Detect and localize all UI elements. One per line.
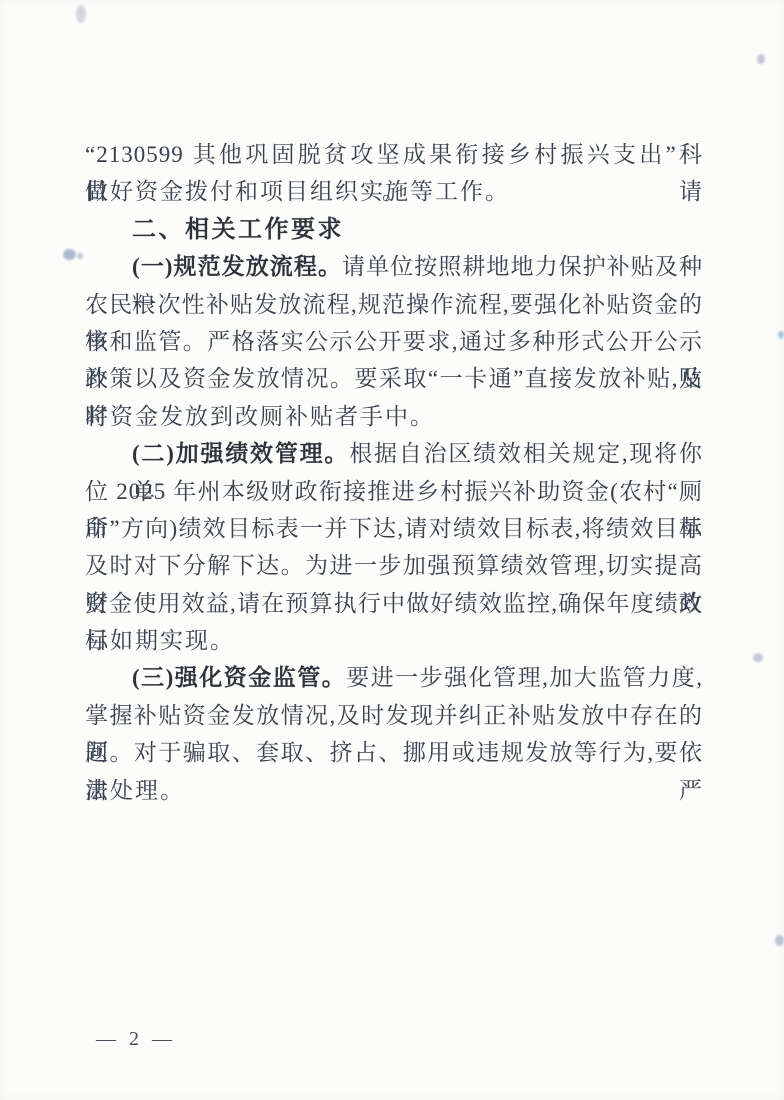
paragraph-lead: 二、相关工作要求 (132, 216, 344, 243)
paragraph-lead: (三)强化资金监管。 (132, 665, 346, 690)
text-line: 资金使用效益,请在预算执行中做好绩效监控,确保年度绩效目 (85, 585, 703, 622)
text-line: 农民一次性补贴发放流程,规范操作流程,要强化补贴资金的审 (85, 286, 703, 323)
text-line: 掌握补贴资金发放情况,及时发现并纠正补贴发放中存在的问 (85, 697, 703, 734)
document-page: “2130599 其他巩固脱贫攻坚成果衔接乡村振兴支出”科目。请做好资金拨付和项… (0, 0, 784, 1100)
text-segment: 将资金发放到改厕补贴者手中。 (85, 404, 435, 429)
text-line: 位 2025 年州本级财政衔接推进乡村振兴补助资金(农村“厕所革 (85, 473, 703, 510)
text-line: (三)强化资金监管。要进一步强化管理,加大监管力度, (85, 659, 703, 696)
text-line: “2130599 其他巩固脱贫攻坚成果衔接乡村振兴支出”科目。请 (85, 136, 703, 173)
paragraph-lead: (二)加强绩效管理。 (132, 441, 349, 466)
text-segment: 标如期实现。 (85, 628, 235, 653)
scan-artifact (753, 653, 763, 662)
text-line: (二)加强绩效管理。根据自治区绩效相关规定,现将你单 (85, 435, 703, 472)
text-line: 政策以及资金发放情况。要采取“一卡通”直接发放补贴,及时 (85, 360, 703, 397)
text-line: 及时对下分解下达。为进一步加强预算绩效管理,切实提高财政 (85, 547, 703, 584)
scan-artifact (778, 331, 784, 339)
scan-artifact (775, 935, 784, 946)
scan-artifact (76, 5, 86, 23)
page-number: — 2 — (96, 1028, 176, 1051)
paragraph-lead: (一)规范发放流程。 (132, 254, 342, 279)
text-line: 将资金发放到改厕补贴者手中。 (85, 398, 703, 435)
section-heading: 二、相关工作要求 (85, 211, 703, 248)
text-segment: 肃处理。 (85, 778, 185, 803)
text-line: 命”方向)绩效目标表一并下达,请对绩效目标表,将绩效目标 (85, 510, 703, 547)
text-line: 题。对于骗取、套取、挤占、挪用或违规发放等行为,要依法严 (85, 734, 703, 771)
text-segment: 要进一步强化管理,加大监管力度, (346, 665, 703, 690)
scan-artifact (77, 253, 83, 259)
scan-artifact (63, 249, 76, 260)
text-segment: 命”方向)绩效目标表一并下达,请对绩效目标表,将绩效目标 (85, 516, 703, 541)
document-body: “2130599 其他巩固脱贫攻坚成果衔接乡村振兴支出”科目。请做好资金拨付和项… (85, 136, 703, 809)
scan-artifact (757, 54, 765, 64)
text-line: (一)规范发放流程。请单位按照耕地地力保护补贴及种粮 (85, 248, 703, 285)
text-segment: 做好资金拨付和项目组织实施等工作。 (85, 179, 510, 204)
text-line: 核和监管。严格落实公示公开要求,通过多种形式公开公示补贴 (85, 323, 703, 360)
text-line: 标如期实现。 (85, 622, 703, 659)
